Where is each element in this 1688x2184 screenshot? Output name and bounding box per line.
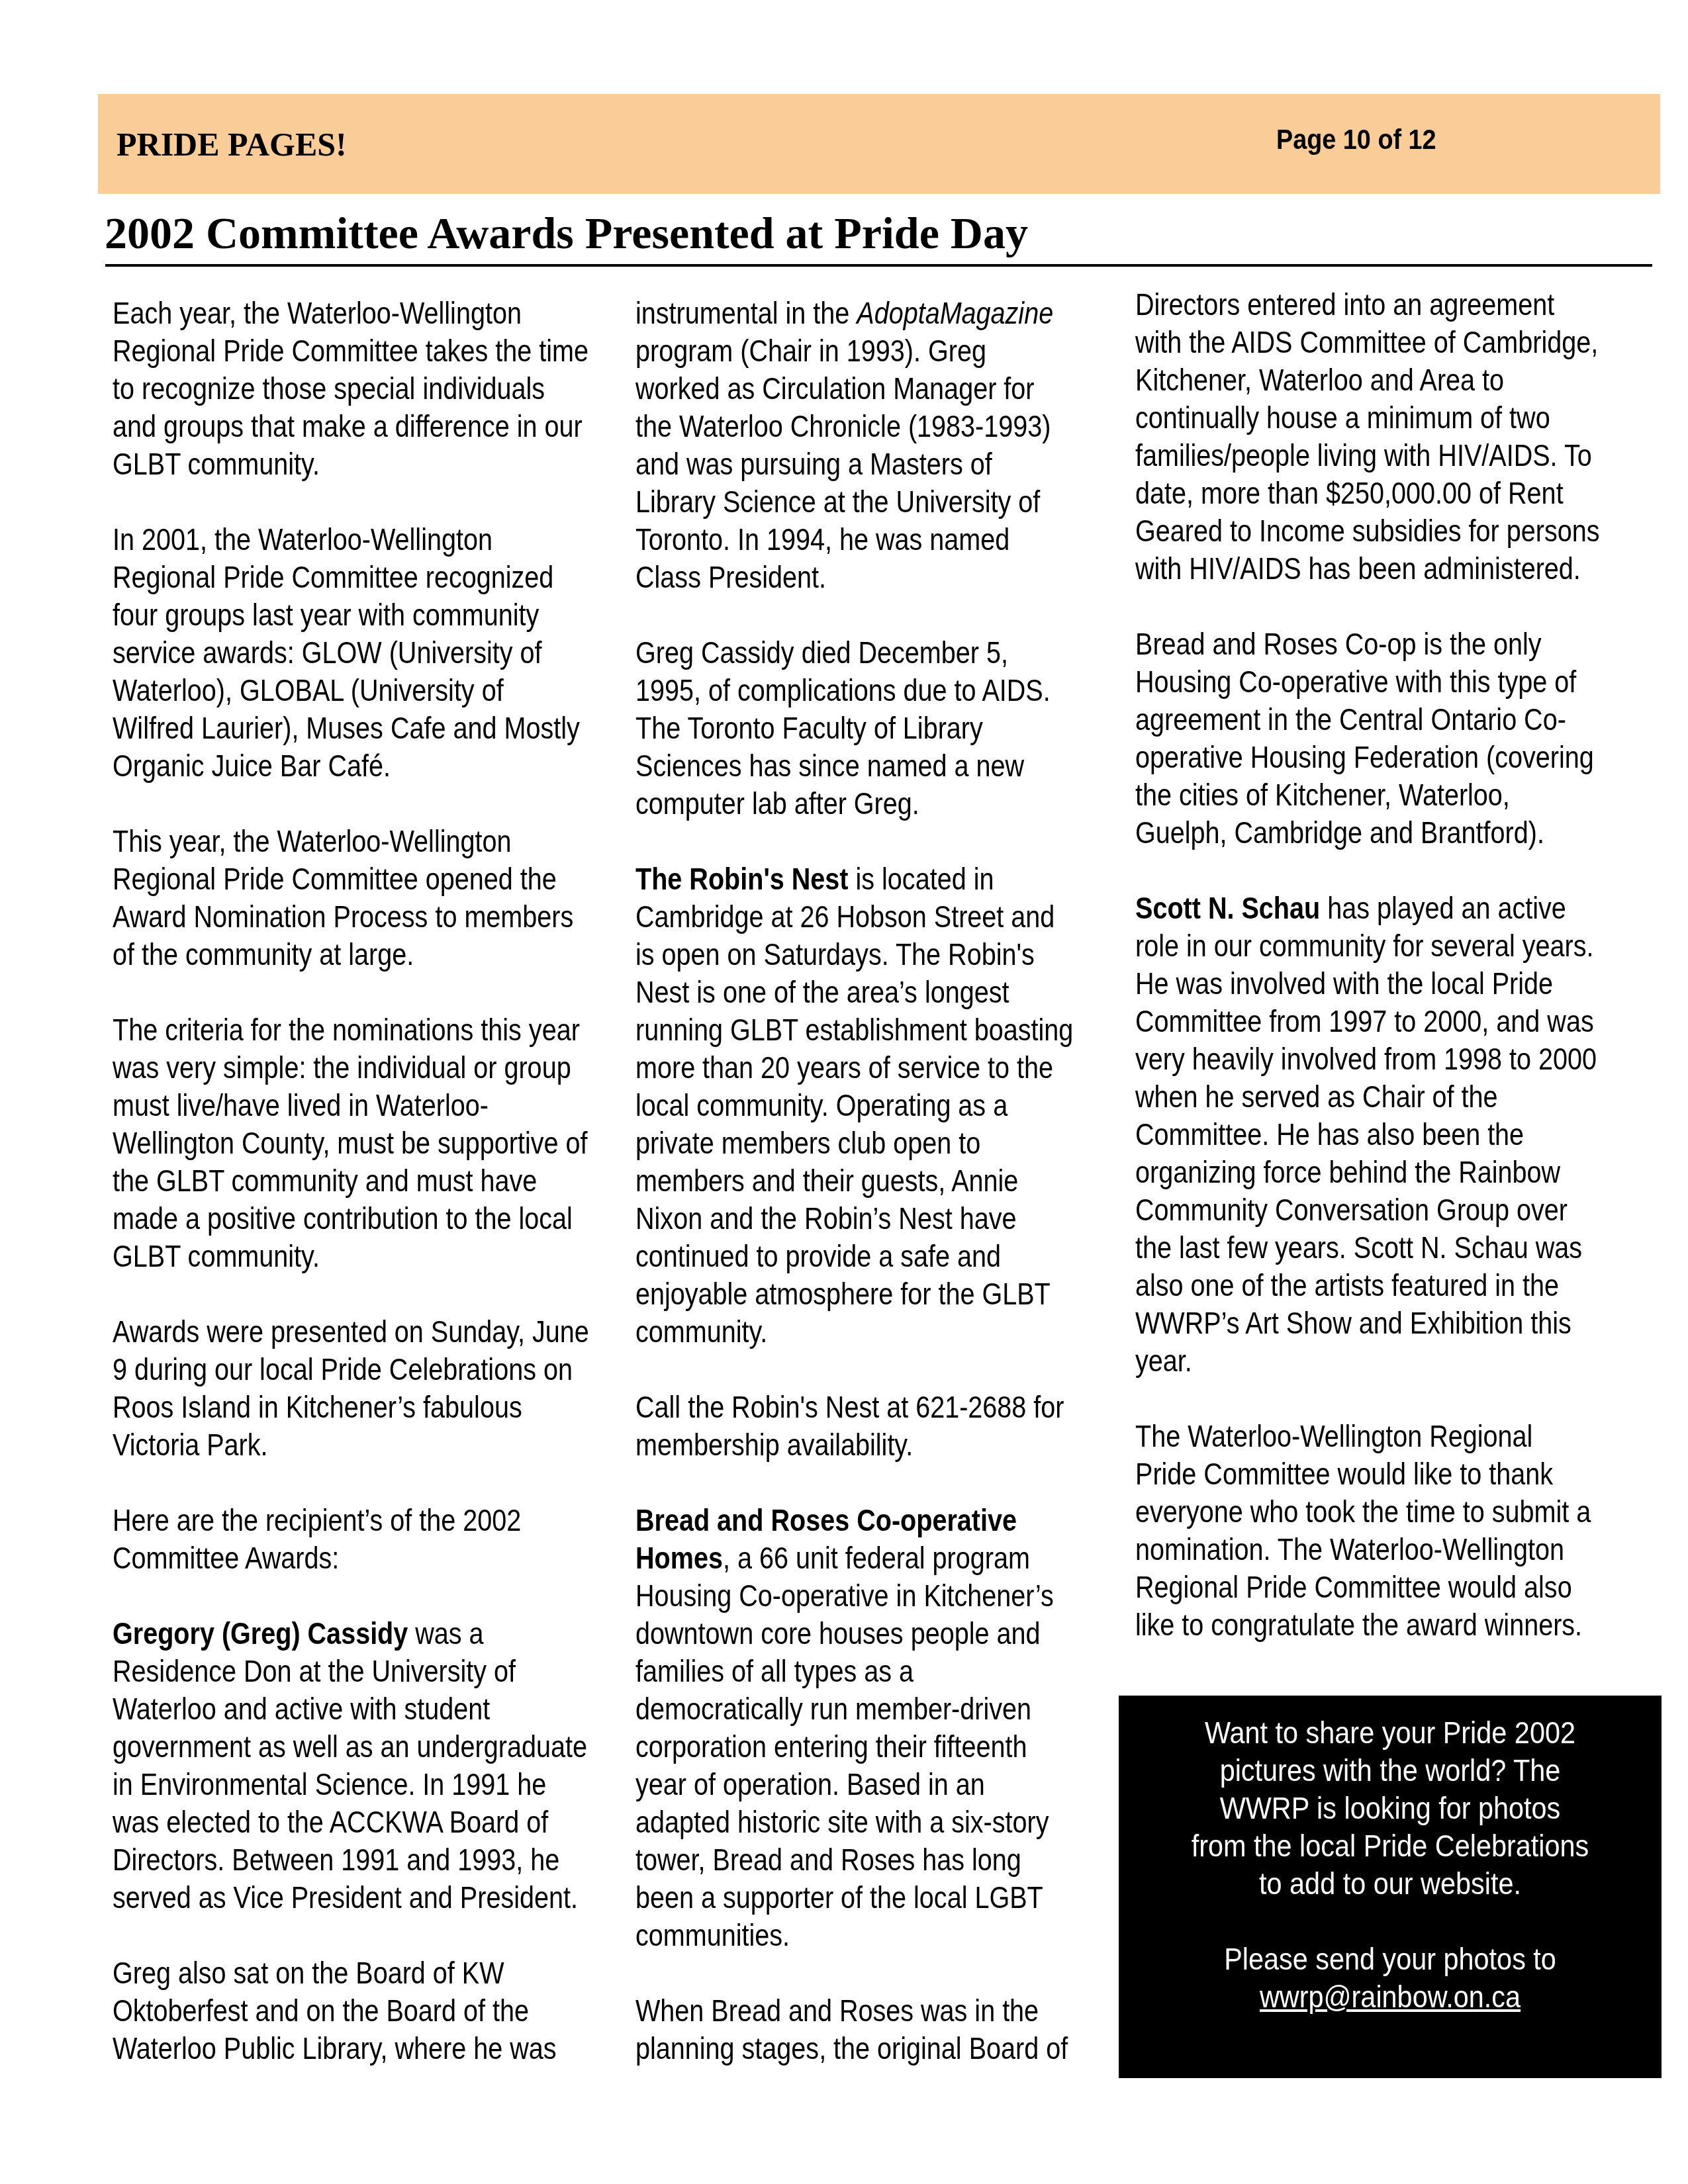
callout-line: from the local Pride Celebrations [1146,1827,1634,1865]
text-line: local community. Operating as a [635,1087,1034,1124]
text-line: in Environmental Science. In 1991 he [113,1766,545,1803]
text-line: Residence Don at the University of [113,1653,545,1690]
callout-line: Please send your photos to [1146,1940,1634,1978]
recipient-name: Gregory (Greg) Cassidy [113,1616,408,1651]
text-line: Regional Pride Committee takes the time [113,332,545,370]
text-line: Directors. Between 1991 and 1993, he [113,1841,545,1879]
text-line: program (Chair in 1993). Greg [635,332,1034,370]
text-line: like to congratulate the award winners. [1135,1606,1568,1644]
text-line: continued to provide a safe and [635,1238,1034,1275]
text-line: the last few years. Scott N. Schau was [1135,1229,1568,1267]
email-link[interactable]: wwrp@rainbow.on.ca [1260,1979,1521,2014]
text-line: Housing Co-operative with this type of [1135,663,1568,701]
text-line: WWRP’s Art Show and Exhibition this [1135,1304,1568,1342]
text-line: Organic Juice Bar Café. [113,747,545,785]
text-line: continually house a minimum of two [1135,399,1568,437]
text-line: Nixon and the Robin’s Nest have [635,1200,1034,1238]
text-line: Regional Pride Committee would also [1135,1569,1568,1606]
text-run: has played an active [1320,891,1566,925]
text-line: Directors entered into an agreement [1135,286,1568,324]
text-line: community. [635,1313,1034,1351]
text-line: families of all types as a [635,1653,1034,1690]
callout-line: pictures with the world? The [1146,1752,1634,1790]
recipient-name: Homes [635,1541,723,1575]
text-line: been a supporter of the local LGBT [635,1879,1034,1917]
publication-name: PRIDE PAGES! [117,124,347,164]
text-line: Committee. He has also been the [1135,1116,1568,1154]
text-line: Scott N. Schau has played an active [1135,889,1568,927]
article-title: 2002 Committee Awards Presented at Pride… [105,206,1028,259]
text-line: The Robin's Nest is located in [635,860,1034,898]
publication-title-italic: AdoptaMagazine [857,296,1053,330]
text-run: is located in [849,862,994,896]
title-divider [105,264,1652,267]
paragraph-gap [635,1464,1099,1502]
text-line: planning stages, the original Board of [635,2030,1034,2068]
text-line: Toronto. In 1994, he was named [635,521,1034,559]
text-line: with the AIDS Committee of Cambridge, [1135,324,1568,361]
text-line: The Waterloo-Wellington Regional [1135,1418,1568,1455]
text-line: Gregory (Greg) Cassidy was a [113,1615,545,1653]
recipient-name: Bread and Roses Co-operative [635,1503,1017,1537]
text-line: Bread and Roses Co-op is the only [1135,625,1568,663]
text-line: Greg Cassidy died December 5, [635,634,1034,672]
text-line: Award Nomination Process to members [113,898,545,936]
text-line: membership availability. [635,1426,1034,1464]
paragraph-gap [1135,852,1638,889]
text-run: was a [408,1616,483,1651]
text-line: Regional Pride Committee recognized [113,559,545,596]
text-line: running GLBT establishment boasting [635,1011,1034,1049]
text-line: the Waterloo Chronicle (1983-1993) [635,408,1034,445]
text-line: Nest is one of the area’s longest [635,974,1034,1011]
text-line: Greg also sat on the Board of KW [113,1954,545,1992]
text-line: Housing Co-operative in Kitchener’s [635,1577,1034,1615]
text-line: made a positive contribution to the loca… [113,1200,545,1238]
text-line: Community Conversation Group over [1135,1191,1568,1229]
callout-line: WWRP is looking for photos [1146,1790,1634,1827]
text-line: Awards were presented on Sunday, June [113,1313,545,1351]
article-column-middle: instrumental in the AdoptaMagazineprogra… [635,295,1099,2068]
text-line: the cities of Kitchener, Waterloo, [1135,776,1568,814]
paragraph-gap [1135,1380,1638,1418]
text-line: He was involved with the local Pride [1135,965,1568,1003]
text-line: tower, Bread and Roses has long [635,1841,1034,1879]
article-column-right: Directors entered into an agreementwith … [1135,286,1638,1644]
text-line: must live/have lived in Waterloo- [113,1087,545,1124]
text-line: Sciences has since named a new [635,747,1034,785]
text-line: agreement in the Central Ontario Co- [1135,701,1568,739]
callout-email-line: wwrp@rainbow.on.ca [1146,1978,1634,2016]
text-run: , a 66 unit federal program [723,1541,1030,1575]
paragraph-gap [635,596,1099,634]
text-line: when he served as Chair of the [1135,1078,1568,1116]
text-line: role in our community for several years. [1135,927,1568,965]
text-line: Here are the recipient’s of the 2002 [113,1502,545,1539]
text-line: Waterloo), GLOBAL (University of [113,672,545,709]
photo-submission-callout: Want to share your Pride 2002pictures wi… [1119,1696,1662,2078]
text-line: more than 20 years of service to the [635,1049,1034,1087]
paragraph-gap [635,1954,1099,1992]
text-line: of the community at large. [113,936,545,974]
text-line: government as well as an undergraduate [113,1728,545,1766]
recipient-name: The Robin's Nest [635,862,849,896]
text-line: everyone who took the time to submit a [1135,1493,1568,1531]
text-line: communities. [635,1917,1034,1954]
article-column-left: Each year, the Waterloo-WellingtonRegion… [113,295,616,2068]
text-line: year. [1135,1342,1568,1380]
text-line: very heavily involved from 1998 to 2000 [1135,1040,1568,1078]
text-line: Wellington County, must be supportive of [113,1124,545,1162]
text-line: Class President. [635,559,1034,596]
text-line: operative Housing Federation (covering [1135,739,1568,776]
text-line: Pride Committee would like to thank [1135,1455,1568,1493]
text-line: GLBT community. [113,445,545,483]
text-line: worked as Circulation Manager for [635,370,1034,408]
text-line: corporation entering their fifteenth [635,1728,1034,1766]
text-line: Each year, the Waterloo-Wellington [113,295,545,332]
page-indicator: Page 10 of 12 [1276,123,1436,156]
text-line: instrumental in the AdoptaMagazine [635,295,1034,332]
text-line: to recognize those special individuals [113,370,545,408]
recipient-name: Scott N. Schau [1135,891,1320,925]
text-line: with HIV/AIDS has been administered. [1135,550,1568,588]
text-line: 9 during our local Pride Celebrations on [113,1351,545,1388]
paragraph-gap [113,1577,616,1615]
paragraph-gap [113,1917,616,1954]
text-line: GLBT community. [113,1238,545,1275]
text-line: Guelph, Cambridge and Brantford). [1135,814,1568,852]
paragraph-gap [113,483,616,521]
text-line: year of operation. Based in an [635,1766,1034,1803]
text-line: Homes, a 66 unit federal program [635,1539,1034,1577]
text-line: Kitchener, Waterloo and Area to [1135,361,1568,399]
text-line: the GLBT community and must have [113,1162,545,1200]
text-line: families/people living with HIV/AIDS. To [1135,437,1568,475]
text-line: Waterloo and active with student [113,1690,545,1728]
paragraph-gap [113,785,616,823]
text-line: Waterloo Public Library, where he was [113,2030,545,2068]
text-line: When Bread and Roses was in the [635,1992,1034,2030]
callout-line: to add to our website. [1146,1865,1634,1903]
paragraph-gap [113,1464,616,1502]
paragraph-gap [1135,588,1638,625]
text-line: Victoria Park. [113,1426,545,1464]
callout-text: Want to share your Pride 2002pictures wi… [1119,1714,1662,2016]
text-line: organizing force behind the Rainbow [1135,1154,1568,1191]
paragraph-gap [635,1351,1099,1388]
text-line: 1995, of complications due to AIDS. [635,672,1034,709]
text-line: Call the Robin's Nest at 621-2688 for [635,1388,1034,1426]
text-line: Wilfred Laurier), Muses Cafe and Mostly [113,709,545,747]
text-line: date, more than $250,000.00 of Rent [1135,475,1568,512]
paragraph-gap [113,1275,616,1313]
paragraph-gap [635,823,1099,860]
text-line: adapted historic site with a six-story [635,1803,1034,1841]
text-run: instrumental in the [635,296,857,330]
text-line: Committee Awards: [113,1539,545,1577]
text-line: Library Science at the University of [635,483,1034,521]
text-line: This year, the Waterloo-Wellington [113,823,545,860]
text-line: downtown core houses people and [635,1615,1034,1653]
text-line: The criteria for the nominations this ye… [113,1011,545,1049]
text-line: is open on Saturdays. The Robin's [635,936,1034,974]
paragraph-gap [113,974,616,1011]
callout-line: Want to share your Pride 2002 [1146,1714,1634,1752]
text-line: Bread and Roses Co-operative [635,1502,1034,1539]
text-line: was elected to the ACCKWA Board of [113,1803,545,1841]
text-line: Geared to Income subsidies for persons [1135,512,1568,550]
text-line: Committee from 1997 to 2000, and was [1135,1003,1568,1040]
text-line: Oktoberfest and on the Board of the [113,1992,545,2030]
text-line: members and their guests, Annie [635,1162,1034,1200]
text-line: In 2001, the Waterloo-Wellington [113,521,545,559]
text-line: Cambridge at 26 Hobson Street and [635,898,1034,936]
text-line: The Toronto Faculty of Library [635,709,1034,747]
text-line: service awards: GLOW (University of [113,634,545,672]
text-line: was very simple: the individual or group [113,1049,545,1087]
text-line: four groups last year with community [113,596,545,634]
text-line: Roos Island in Kitchener’s fabulous [113,1388,545,1426]
text-line: computer lab after Greg. [635,785,1034,823]
text-line: served as Vice President and President. [113,1879,545,1917]
text-line: democratically run member-driven [635,1690,1034,1728]
text-line: also one of the artists featured in the [1135,1267,1568,1304]
text-line: nomination. The Waterloo-Wellington [1135,1531,1568,1569]
text-line: and groups that make a difference in our [113,408,545,445]
paragraph-gap [1119,1903,1662,1940]
text-line: Regional Pride Committee opened the [113,860,545,898]
text-line: enjoyable atmosphere for the GLBT [635,1275,1034,1313]
text-line: and was pursuing a Masters of [635,445,1034,483]
callout-lines: Want to share your Pride 2002pictures wi… [1119,1714,1662,1978]
text-line: private members club open to [635,1124,1034,1162]
